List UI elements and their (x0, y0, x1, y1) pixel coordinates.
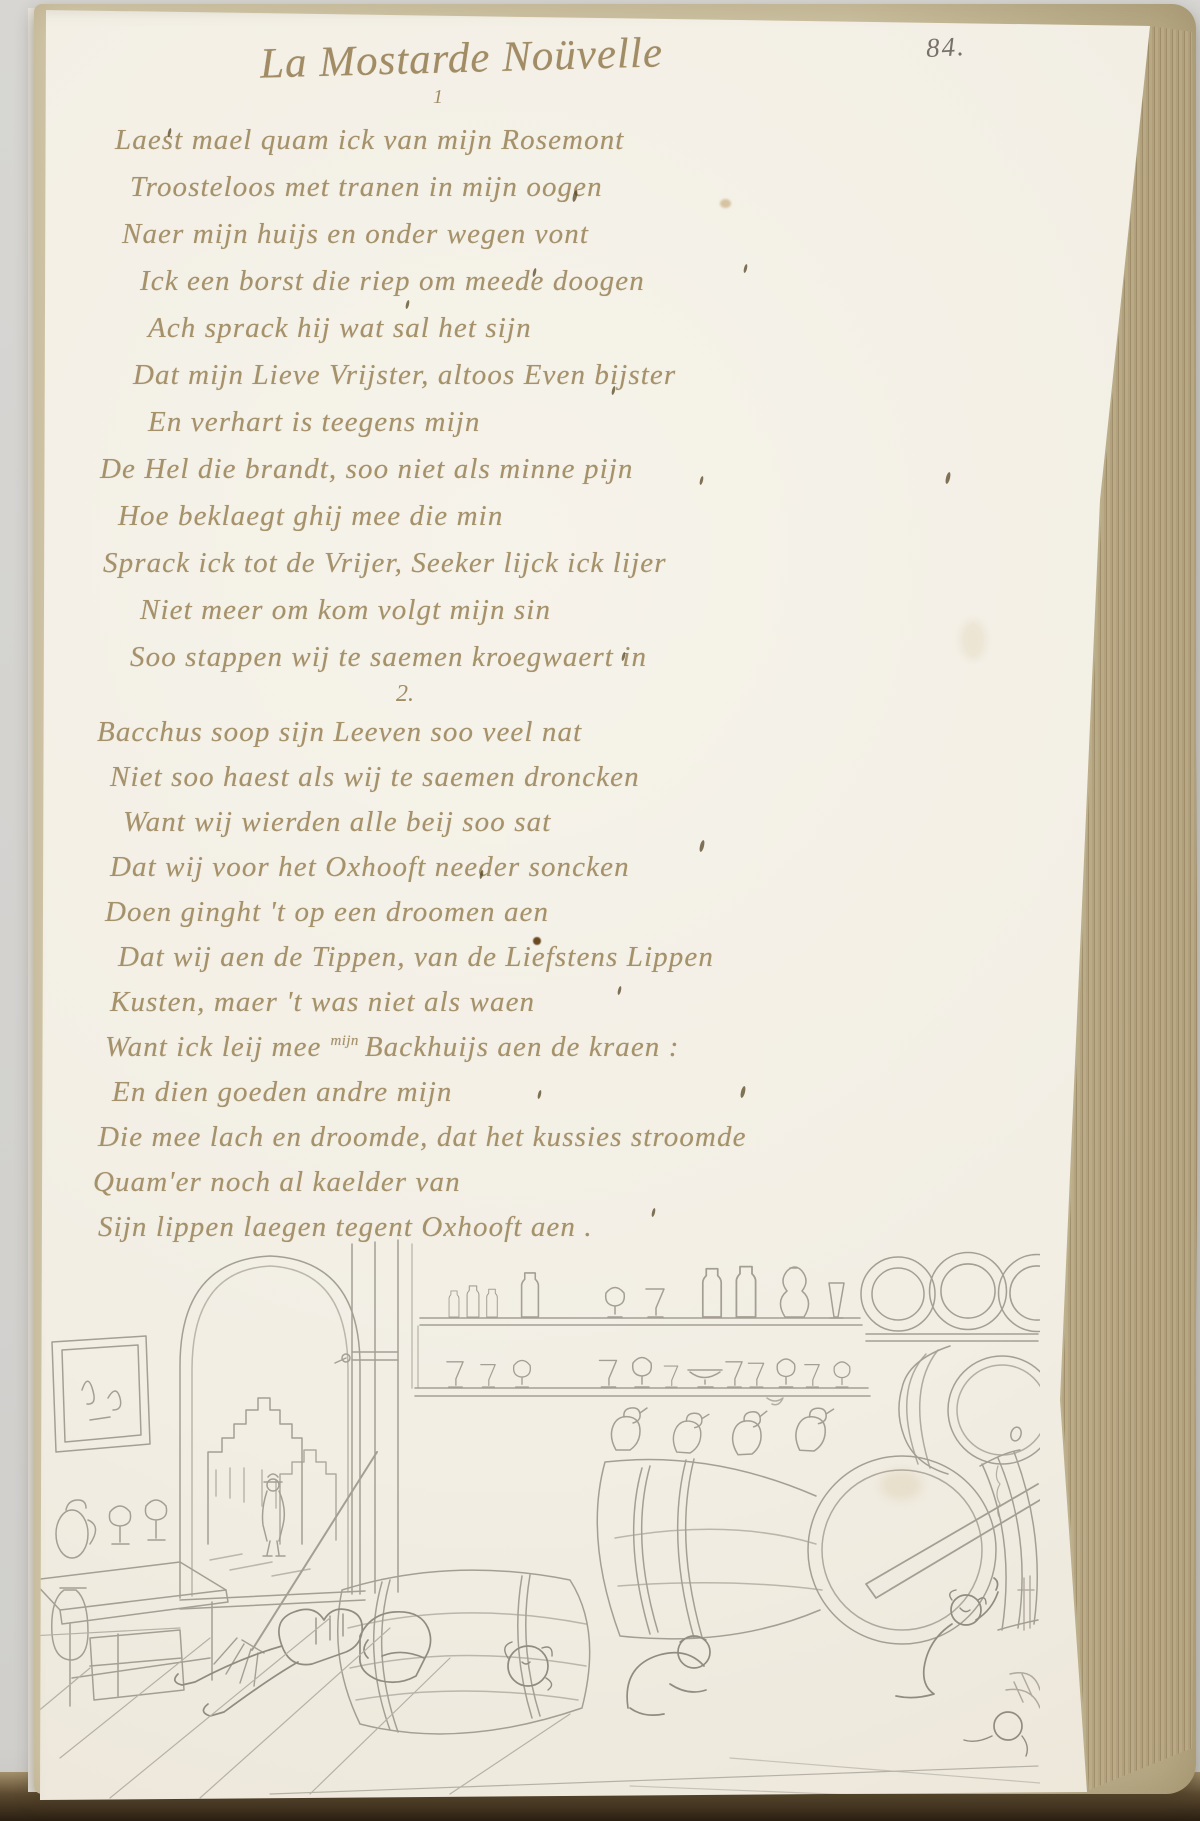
sleeping-figures-sketch (175, 1578, 1028, 1756)
glassware-sketch (447, 1267, 850, 1387)
verse-line-part: Want ick leij mee (105, 1031, 322, 1063)
barrel-middle-sketch (597, 1456, 996, 1644)
verse-line: Dat wij aen de Tippen, van de Liefstens … (118, 941, 747, 986)
verse-line: En verhart is teegens mijn (148, 406, 676, 453)
verse-line: Doen ginght 't op een droomen aen (105, 896, 747, 941)
basket-sketch (1006, 1673, 1040, 1708)
stanza-2-marker: 2. (396, 681, 414, 708)
wall-picture-sketch (52, 1336, 150, 1452)
keg-sketch (899, 1346, 1040, 1520)
doorway-sketch (180, 1256, 365, 1609)
foxing-spot (533, 937, 541, 945)
photo-background: 84. La Mostarde Noüvelle 1 Laest mael qu… (0, 0, 1200, 1821)
verse-line: Naer mijn huijs en onder wegen vont (122, 218, 676, 265)
foxing-spot (720, 199, 731, 208)
verse-line: Hoe beklaegt ghij mee die min (118, 500, 676, 547)
verse-line: Dat mijn Lieve Vrijster, altoos Even bij… (133, 359, 676, 406)
verse-line: Ach sprack hij wat sal het sijn (148, 312, 676, 359)
verse-line: Die mee lach en droomde, dat het kussies… (98, 1121, 747, 1166)
verse-line-part: Backhuijs aen de kraen : (365, 1031, 680, 1063)
verse-line: Quam'er noch al kaelder van (93, 1166, 747, 1211)
verse-line: Kusten, maer 't was niet als waen (110, 986, 747, 1031)
table-sketch (32, 1500, 228, 1706)
stanza-1-marker: 1 (433, 86, 443, 109)
stanza-1: Laest mael quam ick van mijn Rosemont Tr… (100, 124, 676, 688)
verse-line: De Hel die brandt, soo niet als minne pi… (100, 453, 676, 500)
verse-line: Dat wij voor het Oxhooft needer soncken (110, 851, 747, 896)
verse-line: Want wij wierden alle beij soo sat (123, 806, 747, 851)
verse-line: Troosteloos met tranen in mijn oogen (130, 171, 676, 218)
verse-line-with-insertion: Want ick leij meemijnBackhuijs aen de kr… (105, 1031, 747, 1076)
verse-line: Sprack ick tot de Vrijer, Seeker lijck i… (103, 547, 676, 594)
verse-line: Bacchus soop sijn Leeven soo veel nat (97, 716, 747, 761)
verse-line: Niet meer om kom volgt mijn sin (140, 594, 676, 641)
verse-line: Niet soo haest als wij te saemen droncke… (110, 761, 747, 806)
door-sketch (335, 1240, 412, 1594)
song-title: La Mostarde Noüvelle (259, 28, 663, 88)
shelves-sketch (415, 1318, 870, 1405)
folio-number: 84. (925, 31, 966, 64)
verse-line: En dien goeden andre mijn (112, 1076, 747, 1121)
foxing-spot (960, 620, 986, 660)
stanza-2: Bacchus soop sijn Leeven soo veel nat Ni… (97, 716, 747, 1256)
plates-shelf-sketch (861, 1253, 1040, 1341)
inserted-word: mijn (331, 1033, 359, 1049)
tavern-cellar-sketch (30, 1238, 1040, 1800)
manuscript-page: 84. La Mostarde Noüvelle 1 Laest mael qu… (0, 0, 1200, 1821)
verse-line: Laest mael quam ick van mijn Rosemont (115, 124, 676, 171)
jugs-row-sketch (611, 1407, 833, 1455)
